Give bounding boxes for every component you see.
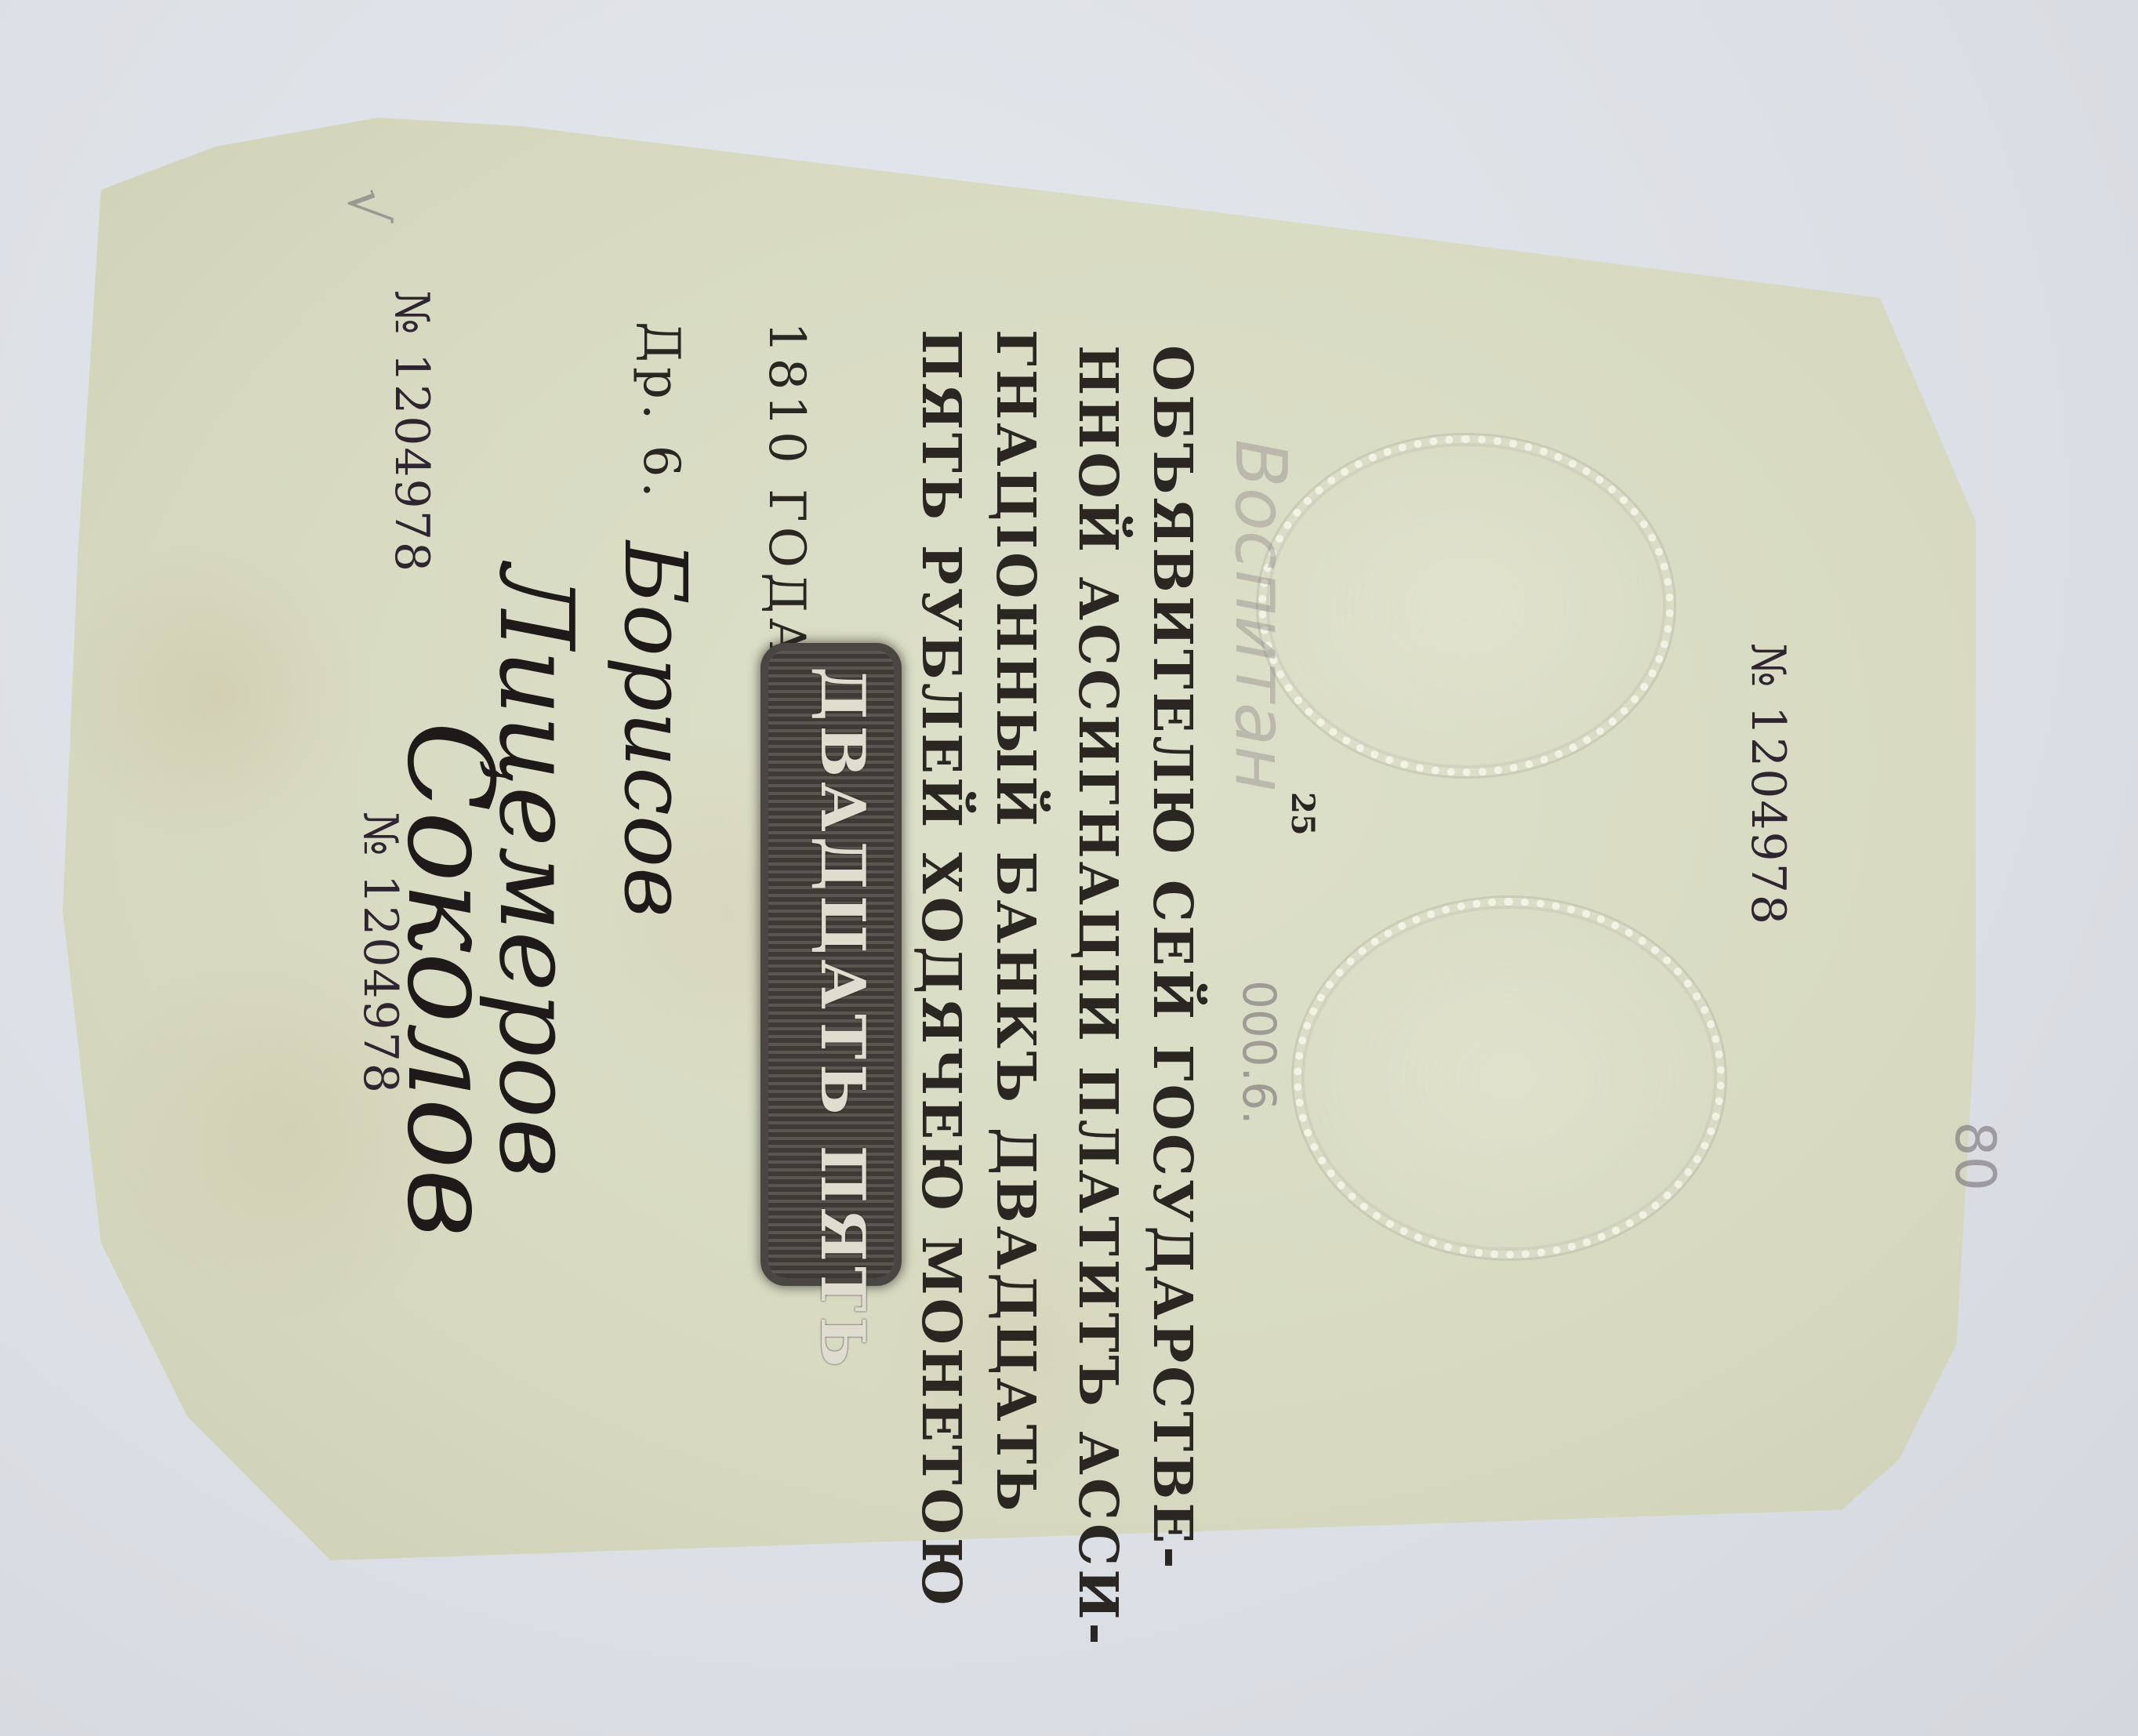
denomination-numeral: 25 <box>1284 792 1321 836</box>
issue-year: 1810 ГОДА. <box>757 321 815 681</box>
embossed-medallion-lower <box>1294 898 1725 1258</box>
serial-number-bottom-left: № 1204978 <box>353 812 408 1095</box>
director-signature: Борисов <box>605 541 706 917</box>
pencil-center-faint: 000.6. <box>1232 980 1286 1124</box>
embossed-medallion-upper <box>1258 435 1674 776</box>
pencil-faint-script: Воспитан <box>1219 439 1301 792</box>
main-text-line-4: ПЯТЬ РУБЛЕЙ ХОДЯЧЕЮ МОНЕТОЮ <box>909 329 972 1609</box>
pencil-corner-tick: √ <box>336 188 400 223</box>
serial-number-top-left: № 1204978 <box>384 290 439 573</box>
main-text-line-1: ОБЪЯВИТЕЛЮ СЕЙ ГОСУДАРСТВЕ- <box>1141 345 1203 1571</box>
denomination-words: ДВАДЦАТЬ ПЯТЬ <box>807 666 878 1371</box>
serial-number-top-right: № 1204978 <box>1741 643 1795 926</box>
pencil-right-edge-number: 80 <box>1943 1121 2007 1191</box>
main-text-line-2: ННОЙ АССИГНАЦІИ ПЛАТИТЪ АССИ- <box>1066 345 1129 1648</box>
director-prefix: Др. 6. <box>632 321 690 503</box>
main-text-line-3: ГНАЦІОННЫЙ БАНКЪ ДВАДЦАТЬ <box>984 329 1047 1514</box>
